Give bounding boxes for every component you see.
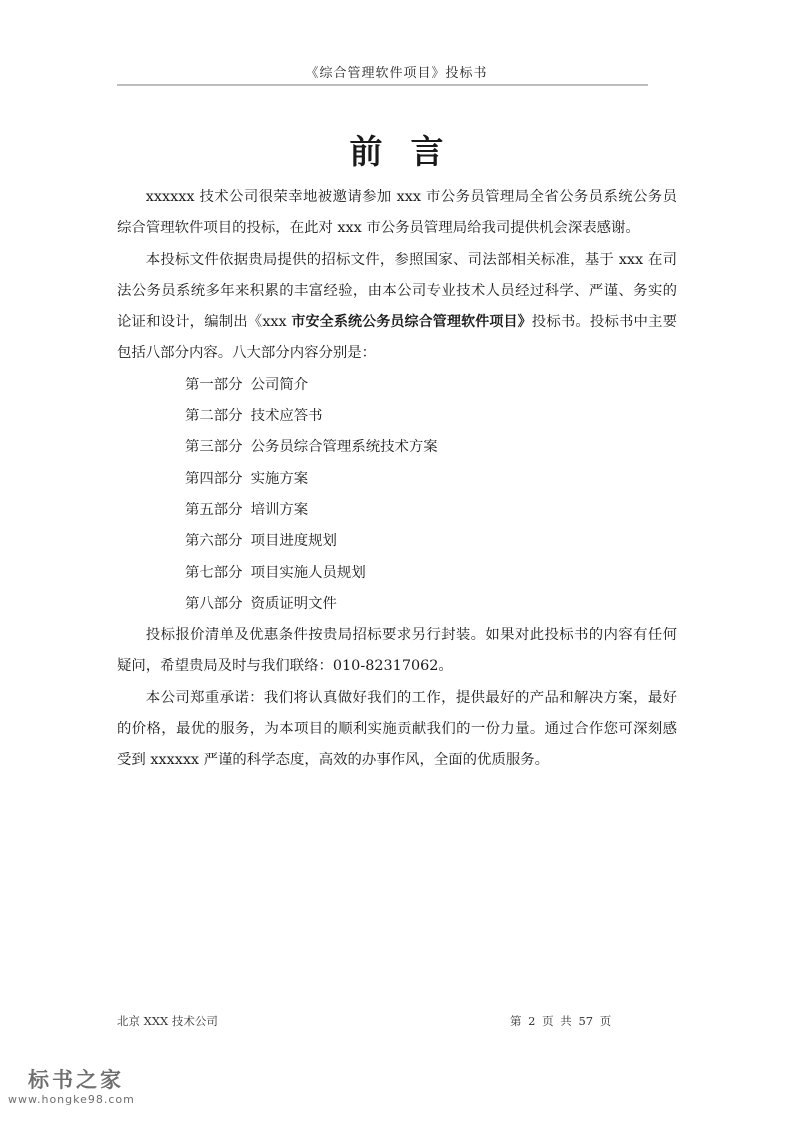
part-title: 公务员综合管理系统技术方案: [251, 439, 438, 455]
part-number: 第七部分: [185, 565, 243, 581]
part-title: 资质证明文件: [251, 596, 337, 612]
basis-paragraph: 本投标文件依据贵局提供的招标文件，参照国家、司法部相关标准，基于 xxx 在司法…: [117, 245, 677, 370]
footer-page-number: 第 2 页 共 57 页: [510, 1013, 611, 1029]
list-item: 第五部分培训方案: [117, 495, 677, 526]
header-divider: [117, 84, 648, 86]
parts-list: 第一部分公司简介 第二部分技术应答书 第三部分公务员综合管理系统技术方案 第四部…: [117, 370, 677, 620]
watermark-logo: 标书之家 www.hongke98.com: [28, 1068, 135, 1108]
part-title: 项目进度规划: [251, 533, 337, 549]
commitment-paragraph: 本公司郑重承诺：我们将认真做好我们的工作，提供最好的产品和解决方案，最好的价格，…: [117, 683, 677, 777]
list-item: 第一部分公司简介: [117, 370, 677, 401]
list-item: 第六部分项目进度规划: [117, 526, 677, 557]
part-number: 第二部分: [185, 408, 243, 424]
list-item: 第八部分资质证明文件: [117, 589, 677, 620]
part-title: 项目实施人员规划: [251, 565, 366, 581]
part-number: 第八部分: [185, 596, 243, 612]
document-body: xxxxxx 技术公司很荣幸地被邀请参加 xxx 市公务员管理局全省公务员系统公…: [117, 182, 677, 777]
part-number: 第四部分: [185, 471, 243, 487]
pricing-paragraph: 投标报价清单及优惠条件按贵局招标要求另行封装。如果对此投标书的内容有任何疑问，希…: [117, 620, 677, 683]
part-number: 第一部分: [185, 377, 243, 393]
project-name-bold: 市安全系统公务员综合管理软件项目》: [291, 314, 531, 330]
list-item: 第四部分实施方案: [117, 464, 677, 495]
part-title: 实施方案: [251, 471, 309, 487]
watermark-url: www.hongke98.com: [8, 1092, 135, 1108]
list-item: 第二部分技术应答书: [117, 401, 677, 432]
watermark-title: 标书之家: [28, 1068, 135, 1092]
part-number: 第三部分: [185, 439, 243, 455]
part-number: 第五部分: [185, 502, 243, 518]
footer-company: 北京 XXX 技术公司: [117, 1013, 218, 1029]
page-title: 前言: [0, 126, 793, 173]
part-title: 公司简介: [251, 377, 309, 393]
list-item: 第三部分公务员综合管理系统技术方案: [117, 432, 677, 463]
part-title: 技术应答书: [251, 408, 323, 424]
part-number: 第六部分: [185, 533, 243, 549]
document-header-title: 《综合管理软件项目》投标书: [0, 62, 793, 81]
list-item: 第七部分项目实施人员规划: [117, 558, 677, 589]
part-title: 培训方案: [251, 502, 309, 518]
intro-paragraph: xxxxxx 技术公司很荣幸地被邀请参加 xxx 市公务员管理局全省公务员系统公…: [117, 182, 677, 245]
